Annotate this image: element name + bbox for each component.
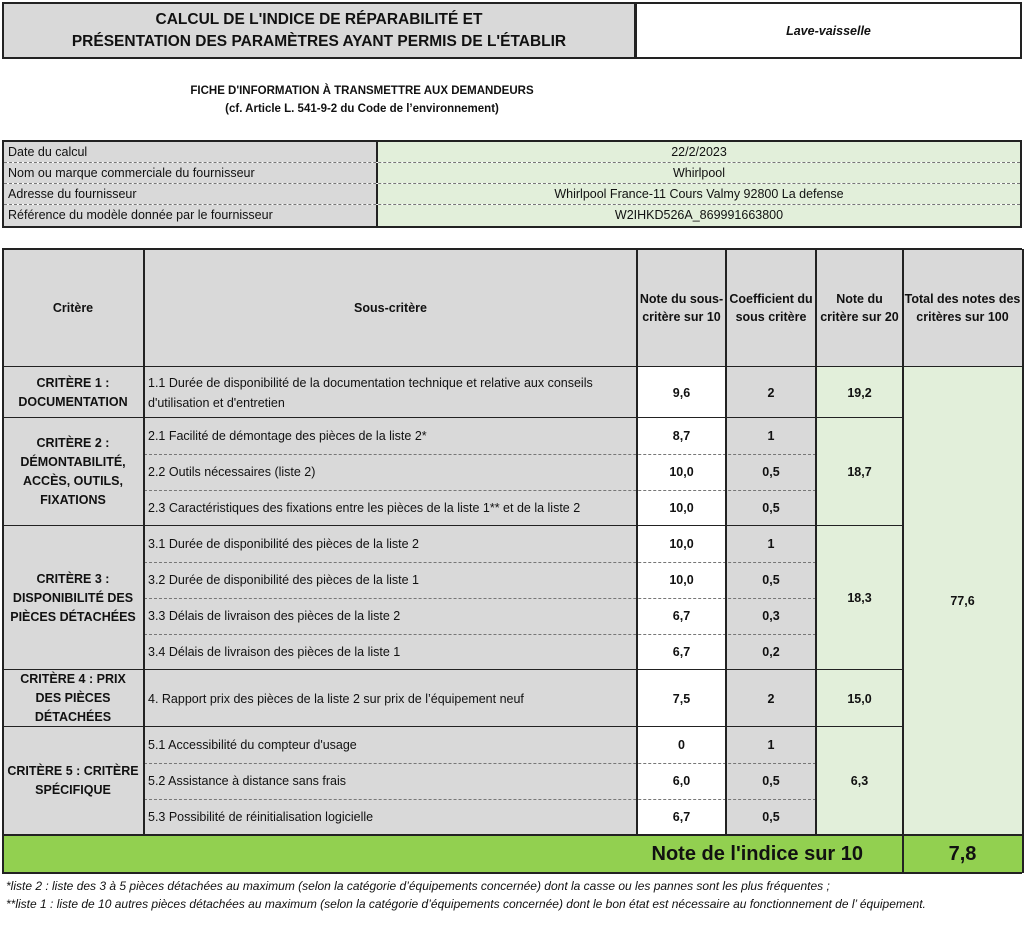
subcriterion-note: 10,0 xyxy=(637,526,726,562)
info-row-date: Date du calcul 22/2/2023 xyxy=(4,142,1020,163)
fiche-line-2: (cf. Article L. 541-9-2 du Code de l’env… xyxy=(0,100,724,118)
column-header-sous-critere-text: Sous-critère xyxy=(354,299,427,317)
subcriterion-label-text: 5.3 Possibilité de réinitialisation logi… xyxy=(148,807,373,827)
subcriterion-coefficient: 2 xyxy=(726,670,816,727)
info-value: W2IHKD526A_869991663800 xyxy=(378,205,1020,226)
row-divider xyxy=(144,799,816,800)
subcriterion-note: 9,6 xyxy=(637,367,726,418)
title-line-2: PRÉSENTATION DES PARAMÈTRES AYANT PERMIS… xyxy=(72,31,566,53)
subcriterion-note-text: 10,0 xyxy=(669,573,693,587)
row-divider xyxy=(144,562,816,563)
subcriterion-label-text: 1.1 Durée de disponibilité de la documen… xyxy=(148,373,633,413)
column-header-note-sous-critere: Note du sous-critère sur 10 xyxy=(637,249,726,367)
footnotes: *liste 2 : liste des 3 à 5 pièces détach… xyxy=(6,877,1021,913)
subcriterion-label: 2.1 Facilité de démontage des pièces de … xyxy=(144,418,637,454)
column-header-coefficient-text: Coefficient du sous critère xyxy=(726,290,816,326)
column-divider xyxy=(725,249,727,835)
subcriterion-note-text: 6,7 xyxy=(673,645,690,659)
supplier-info-table: Date du calcul 22/2/2023 Nom ou marque c… xyxy=(2,140,1022,228)
footnote-liste-2: *liste 2 : liste des 3 à 5 pièces détach… xyxy=(6,877,1021,895)
criterion-label: CRITÈRE 2 : DÉMONTABILITÉ, ACCÈS, OUTILS… xyxy=(2,418,144,526)
criterion-score-20: 18,7 xyxy=(816,418,903,526)
subcriterion-coefficient: 2 xyxy=(726,367,816,418)
subcriterion-label-text: 5.2 Assistance à distance sans frais xyxy=(148,771,346,791)
subcriterion-note: 7,5 xyxy=(637,670,726,727)
row-divider xyxy=(2,248,1022,250)
info-label: Nom ou marque commerciale du fournisseur xyxy=(4,163,378,183)
criterion-score-20: 15,0 xyxy=(816,670,903,727)
subcriterion-label-text: 3.3 Délais de livraison des pièces de la… xyxy=(148,606,400,626)
column-header-note-critere-text: Note du critère sur 20 xyxy=(816,290,903,326)
subcriterion-coefficient-text: 1 xyxy=(768,738,775,752)
subcriterion-note: 0 xyxy=(637,727,726,763)
subcriterion-label: 3.1 Durée de disponibilité des pièces de… xyxy=(144,526,637,562)
subcriterion-label: 2.3 Caractéristiques des fixations entre… xyxy=(144,490,637,526)
subcriterion-label-text: 2.2 Outils nécessaires (liste 2) xyxy=(148,462,315,482)
subcriterion-coefficient-text: 2 xyxy=(768,692,775,706)
info-value: 22/2/2023 xyxy=(378,142,1020,162)
subcriterion-coefficient: 0,3 xyxy=(726,598,816,634)
row-divider xyxy=(2,834,1022,836)
page-title: CALCUL DE L'INDICE DE RÉPARABILITÉ ET PR… xyxy=(2,2,636,59)
subcriterion-note: 6,0 xyxy=(637,763,726,799)
subcriterion-label-text: 2.1 Facilité de démontage des pièces de … xyxy=(148,426,427,446)
info-value: Whirlpool France-11 Cours Valmy 92800 La… xyxy=(378,184,1020,204)
subcriterion-note-text: 0 xyxy=(678,738,685,752)
subcriterion-coefficient-text: 2 xyxy=(768,386,775,400)
criterion-label-text: CRITÈRE 3 : DISPONIBILITÉ DES PIÈCES DÉT… xyxy=(6,570,140,627)
subcriterion-note: 6,7 xyxy=(637,634,726,670)
footnote-liste-1: **liste 1 : liste de 10 autres pièces dé… xyxy=(6,895,1021,913)
subcriterion-note: 10,0 xyxy=(637,454,726,490)
criterion-label: CRITÈRE 1 : DOCUMENTATION xyxy=(2,367,144,418)
criterion-score-20-text: 18,3 xyxy=(847,591,871,605)
subcriterion-note-text: 9,6 xyxy=(673,386,690,400)
fiche-line-1: FICHE D'INFORMATION À TRANSMETTRE AUX DE… xyxy=(0,82,724,100)
column-header-note-critere: Note du critère sur 20 xyxy=(816,249,903,367)
final-index-label-text: Note de l'indice sur 10 xyxy=(652,843,863,866)
subcriterion-label: 2.2 Outils nécessaires (liste 2) xyxy=(144,454,637,490)
subcriterion-coefficient: 0,5 xyxy=(726,490,816,526)
criterion-label-text: CRITÈRE 5 : CRITÈRE SPÉCIFIQUE xyxy=(6,762,140,800)
info-label: Référence du modèle donnée par le fourni… xyxy=(4,205,378,226)
criterion-label: CRITÈRE 5 : CRITÈRE SPÉCIFIQUE xyxy=(2,727,144,835)
criterion-score-20: 18,3 xyxy=(816,526,903,670)
criterion-label-text: CRITÈRE 4 : PRIX DES PIÈCES DÉTACHÉES xyxy=(6,670,140,727)
subcriterion-label: 3.3 Délais de livraison des pièces de la… xyxy=(144,598,637,634)
column-header-critere: Critère xyxy=(2,249,144,367)
column-divider xyxy=(636,249,638,835)
column-header-sous-critere: Sous-critère xyxy=(144,249,637,367)
subcriterion-label-text: 3.2 Durée de disponibilité des pièces de… xyxy=(148,570,419,590)
info-label: Date du calcul xyxy=(4,142,378,162)
subcriterion-label: 4. Rapport prix des pièces de la liste 2… xyxy=(144,670,637,727)
subcriterion-note-text: 7,5 xyxy=(673,692,690,706)
subcriterion-coefficient-text: 0,3 xyxy=(762,609,779,623)
subcriterion-label: 5.1 Accessibilité du compteur d'usage xyxy=(144,727,637,763)
subcriterion-note-text: 6,7 xyxy=(673,609,690,623)
row-divider xyxy=(144,763,816,764)
row-divider xyxy=(144,634,816,635)
subcriterion-coefficient: 1 xyxy=(726,526,816,562)
subcriterion-coefficient-text: 1 xyxy=(768,429,775,443)
subcriterion-label: 5.2 Assistance à distance sans frais xyxy=(144,763,637,799)
subcriterion-note-text: 6,7 xyxy=(673,810,690,824)
total-score-100: 77,6 xyxy=(903,367,1022,835)
row-divider xyxy=(144,490,816,491)
criterion-score-20: 6,3 xyxy=(816,727,903,835)
subcriterion-coefficient-text: 0,5 xyxy=(762,573,779,587)
subcriterion-coefficient-text: 0,5 xyxy=(762,465,779,479)
info-row-model: Référence du modèle donnée par le fourni… xyxy=(4,205,1020,226)
criterion-label: CRITÈRE 3 : DISPONIBILITÉ DES PIÈCES DÉT… xyxy=(2,526,144,670)
subcriterion-note: 6,7 xyxy=(637,598,726,634)
repairability-table: CritèreSous-critèreNote du sous-critère … xyxy=(2,249,1023,875)
column-header-total-text: Total des notes des critères sur 100 xyxy=(903,290,1022,326)
title-line-1: CALCUL DE L'INDICE DE RÉPARABILITÉ ET xyxy=(72,9,566,31)
final-index-label: Note de l'indice sur 10 xyxy=(2,835,903,873)
criterion-score-20-text: 15,0 xyxy=(847,692,871,706)
column-divider xyxy=(2,249,4,873)
subcriterion-label: 3.2 Durée de disponibilité des pièces de… xyxy=(144,562,637,598)
subcriterion-label-text: 3.4 Délais de livraison des pièces de la… xyxy=(148,642,400,662)
info-row-address: Adresse du fournisseur Whirlpool France-… xyxy=(4,184,1020,205)
subcriterion-label-text: 2.3 Caractéristiques des fixations entre… xyxy=(148,498,580,518)
subcriterion-label: 3.4 Délais de livraison des pièces de la… xyxy=(144,634,637,670)
final-index-value-text: 7,8 xyxy=(949,843,977,866)
criterion-score-20-text: 6,3 xyxy=(851,774,868,788)
subcriterion-note: 8,7 xyxy=(637,418,726,454)
info-label: Adresse du fournisseur xyxy=(4,184,378,204)
subcriterion-coefficient-text: 0,2 xyxy=(762,645,779,659)
column-divider xyxy=(902,249,904,873)
subcriterion-label: 5.3 Possibilité de réinitialisation logi… xyxy=(144,799,637,835)
subcriterion-note-text: 6,0 xyxy=(673,774,690,788)
subcriterion-note: 10,0 xyxy=(637,490,726,526)
row-divider xyxy=(144,454,816,455)
subcriterion-coefficient: 1 xyxy=(726,727,816,763)
subcriterion-label: 1.1 Durée de disponibilité de la documen… xyxy=(144,367,637,418)
criterion-label: CRITÈRE 4 : PRIX DES PIÈCES DÉTACHÉES xyxy=(2,670,144,727)
subcriterion-coefficient-text: 1 xyxy=(768,537,775,551)
subcriterion-coefficient: 0,5 xyxy=(726,799,816,835)
product-type: Lave-vaisselle xyxy=(636,2,1022,59)
subcriterion-note-text: 8,7 xyxy=(673,429,690,443)
subcriterion-coefficient-text: 0,5 xyxy=(762,501,779,515)
subcriterion-note-text: 10,0 xyxy=(669,537,693,551)
column-header-total: Total des notes des critères sur 100 xyxy=(903,249,1022,367)
criterion-label-text: CRITÈRE 1 : DOCUMENTATION xyxy=(6,374,140,412)
info-row-brand: Nom ou marque commerciale du fournisseur… xyxy=(4,163,1020,184)
final-index-value: 7,8 xyxy=(903,835,1022,873)
fiche-heading: FICHE D'INFORMATION À TRANSMETTRE AUX DE… xyxy=(0,82,724,118)
row-divider xyxy=(2,872,1022,874)
subcriterion-note: 10,0 xyxy=(637,562,726,598)
subcriterion-label-text: 4. Rapport prix des pièces de la liste 2… xyxy=(148,689,524,709)
subcriterion-coefficient: 0,5 xyxy=(726,763,816,799)
column-header-critere-text: Critère xyxy=(53,299,93,317)
subcriterion-coefficient: 1 xyxy=(726,418,816,454)
subcriterion-coefficient-text: 0,5 xyxy=(762,774,779,788)
row-divider xyxy=(144,598,816,599)
column-divider xyxy=(815,249,817,835)
subcriterion-note-text: 10,0 xyxy=(669,501,693,515)
subcriterion-coefficient: 0,2 xyxy=(726,634,816,670)
info-value: Whirlpool xyxy=(378,163,1020,183)
criterion-label-text: CRITÈRE 2 : DÉMONTABILITÉ, ACCÈS, OUTILS… xyxy=(6,434,140,510)
subcriterion-note: 6,7 xyxy=(637,799,726,835)
criterion-score-20-text: 19,2 xyxy=(847,386,871,400)
subcriterion-coefficient-text: 0,5 xyxy=(762,810,779,824)
criterion-score-20-text: 18,7 xyxy=(847,465,871,479)
criterion-score-20: 19,2 xyxy=(816,367,903,418)
column-header-note-sous-critere-text: Note du sous-critère sur 10 xyxy=(637,290,726,326)
column-divider xyxy=(143,249,145,835)
subcriterion-label-text: 3.1 Durée de disponibilité des pièces de… xyxy=(148,534,419,554)
subcriterion-coefficient: 0,5 xyxy=(726,454,816,490)
total-score-100-text: 77,6 xyxy=(950,594,974,608)
subcriterion-note-text: 10,0 xyxy=(669,465,693,479)
column-header-coefficient: Coefficient du sous critère xyxy=(726,249,816,367)
subcriterion-coefficient: 0,5 xyxy=(726,562,816,598)
subcriterion-label-text: 5.1 Accessibilité du compteur d'usage xyxy=(148,735,357,755)
